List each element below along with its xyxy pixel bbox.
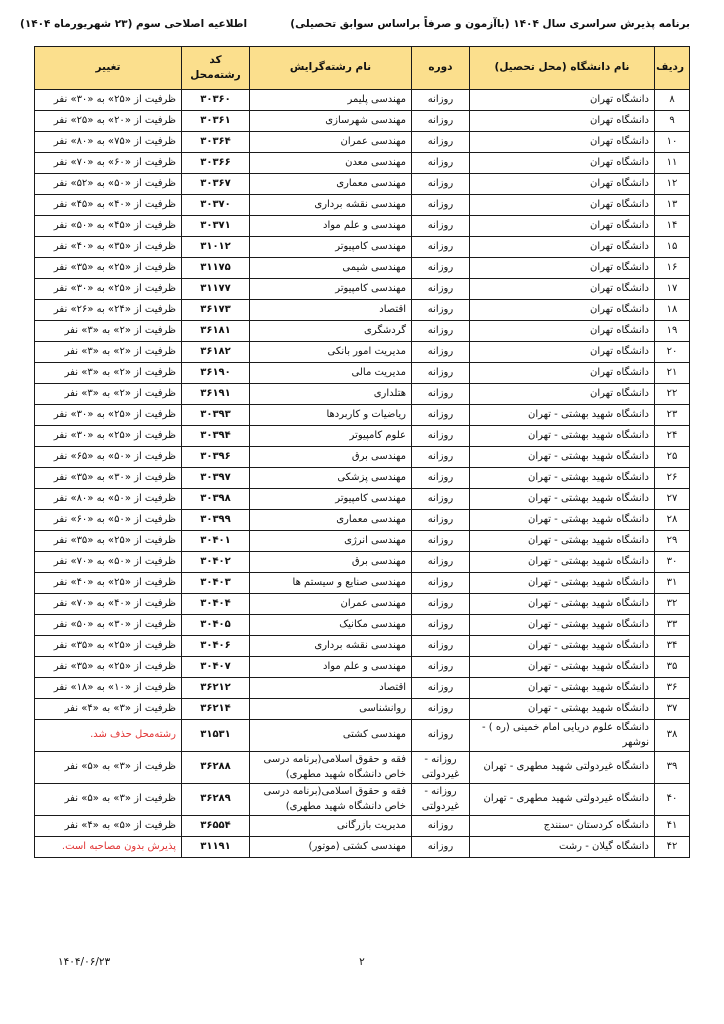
table-row: ۳۳ دانشگاه شهید بهشتی - تهران روزانه مهن… [35,615,690,636]
cell-field-name: فقه و حقوق اسلامی(برنامه درسی خاص دانشگا… [250,784,412,816]
cell-change: ظرفیت از «۵۰» به «۶۵» نفر [35,447,182,468]
table-row: ۲۷ دانشگاه شهید بهشتی - تهران روزانه مهن… [35,489,690,510]
cell-change: ظرفیت از «۲۵» به «۳۵» نفر [35,636,182,657]
table-row: ۱۸ دانشگاه تهران روزانه اقتصاد ۳۶۱۷۳ ظرف… [35,300,690,321]
table-row: ۳۲ دانشگاه شهید بهشتی - تهران روزانه مهن… [35,594,690,615]
cell-program-code: ۳۱۱۷۷ [182,279,250,300]
cell-university: دانشگاه تهران [470,90,655,111]
cell-change: ظرفیت از «۲» به «۳» نفر [35,363,182,384]
cell-field-name: مهندسی معدن [250,153,412,174]
cell-row-number: ۳۰ [655,552,690,573]
cell-field-name: مهندسی عمران [250,594,412,615]
cell-university: دانشگاه گیلان - رشت [470,837,655,858]
cell-row-number: ۱۳ [655,195,690,216]
cell-row-number: ۳۲ [655,594,690,615]
table-body: ۸ دانشگاه تهران روزانه مهندسی پلیمر ۳۰۳۶… [35,90,690,858]
cell-field-name: مهندسی کشتی [250,720,412,752]
cell-period: روزانه [412,405,470,426]
cell-university: دانشگاه شهید بهشتی - تهران [470,510,655,531]
cell-university: دانشگاه غیردولتی شهید مطهری - تهران [470,784,655,816]
cell-field-name: مهندسی شهرسازی [250,111,412,132]
table-row: ۲۵ دانشگاه شهید بهشتی - تهران روزانه مهن… [35,447,690,468]
cell-period: روزانه [412,342,470,363]
cell-field-name: مهندسی و علم مواد [250,657,412,678]
cell-period: روزانه [412,636,470,657]
table-row: ۲۹ دانشگاه شهید بهشتی - تهران روزانه مهن… [35,531,690,552]
cell-program-code: ۳۰۳۹۴ [182,426,250,447]
cell-university: دانشگاه شهید بهشتی - تهران [470,468,655,489]
cell-university: دانشگاه شهید بهشتی - تهران [470,615,655,636]
cell-program-code: ۳۶۱۸۲ [182,342,250,363]
cell-period: روزانه [412,489,470,510]
cell-field-name: مهندسی کشتی (موتور) [250,837,412,858]
table-row: ۱۶ دانشگاه تهران روزانه مهندسی شیمی ۳۱۱۷… [35,258,690,279]
cell-row-number: ۲۰ [655,342,690,363]
cell-row-number: ۳۵ [655,657,690,678]
cell-university: دانشگاه تهران [470,195,655,216]
cell-field-name: مهندسی کامپیوتر [250,237,412,258]
cell-change: ظرفیت از «۶۰» به «۷۰» نفر [35,153,182,174]
cell-field-name: هتلداری [250,384,412,405]
cell-university: دانشگاه شهید بهشتی - تهران [470,699,655,720]
doc-title: برنامه پذیرش سراسری سال ۱۴۰۴ (باآزمون و … [290,18,690,30]
cell-row-number: ۲۴ [655,426,690,447]
cell-period: روزانه [412,111,470,132]
cell-row-number: ۲۱ [655,363,690,384]
cell-field-name: مهندسی انرژی [250,531,412,552]
cell-period: روزانه [412,816,470,837]
cell-university: دانشگاه تهران [470,237,655,258]
cell-row-number: ۳۸ [655,720,690,752]
table-row: ۲۶ دانشگاه شهید بهشتی - تهران روزانه مهن… [35,468,690,489]
cell-period: روزانه [412,447,470,468]
cell-change: رشته‌محل حذف شد. [35,720,182,752]
table-row: ۱۴ دانشگاه تهران روزانه مهندسی و علم موا… [35,216,690,237]
cell-change: ظرفیت از «۷۵» به «۸۰» نفر [35,132,182,153]
table-row: ۲۸ دانشگاه شهید بهشتی - تهران روزانه مهن… [35,510,690,531]
table-row: ۲۴ دانشگاه شهید بهشتی - تهران روزانه علو… [35,426,690,447]
cell-row-number: ۳۱ [655,573,690,594]
cell-field-name: مهندسی نقشه برداری [250,195,412,216]
cell-university: دانشگاه شهید بهشتی - تهران [470,405,655,426]
table-row: ۱۵ دانشگاه تهران روزانه مهندسی کامپیوتر … [35,237,690,258]
cell-university: دانشگاه تهران [470,321,655,342]
table-row: ۳۷ دانشگاه شهید بهشتی - تهران روزانه روا… [35,699,690,720]
cell-row-number: ۲۷ [655,489,690,510]
cell-university: دانشگاه شهید بهشتی - تهران [470,552,655,573]
cell-period: روزانه [412,615,470,636]
cell-period: روزانه [412,573,470,594]
cell-row-number: ۱۰ [655,132,690,153]
cell-field-name: مهندسی پلیمر [250,90,412,111]
cell-change: ظرفیت از «۲۵» به «۳۰» نفر [35,426,182,447]
cell-row-number: ۱۲ [655,174,690,195]
cell-field-name: اقتصاد [250,678,412,699]
cell-program-code: ۳۰۴۰۳ [182,573,250,594]
table-row: ۱۷ دانشگاه تهران روزانه مهندسی کامپیوتر … [35,279,690,300]
table-row: ۱۱ دانشگاه تهران روزانه مهندسی معدن ۳۰۳۶… [35,153,690,174]
doc-subtitle-amendment: اطلاعیه اصلاحی سوم (۲۳ شهریورماه ۱۴۰۴) [20,18,247,30]
cell-period: روزانه [412,657,470,678]
cell-row-number: ۲۳ [655,405,690,426]
cell-row-number: ۲۲ [655,384,690,405]
cell-program-code: ۳۰۴۰۷ [182,657,250,678]
table-row: ۲۳ دانشگاه شهید بهشتی - تهران روزانه ریا… [35,405,690,426]
cell-field-name: مهندسی و علم مواد [250,216,412,237]
cell-program-code: ۳۰۳۹۳ [182,405,250,426]
cell-program-code: ۳۰۴۰۲ [182,552,250,573]
cell-university: دانشگاه تهران [470,132,655,153]
cell-field-name: مهندسی شیمی [250,258,412,279]
cell-field-name: مهندسی عمران [250,132,412,153]
cell-university: دانشگاه شهید بهشتی - تهران [470,573,655,594]
table-row: ۳۱ دانشگاه شهید بهشتی - تهران روزانه مهن… [35,573,690,594]
cell-program-code: ۳۰۳۶۴ [182,132,250,153]
cell-program-code: ۳۰۳۹۷ [182,468,250,489]
cell-program-code: ۳۰۳۹۸ [182,489,250,510]
cell-change: ظرفیت از «۱۰» به «۱۸» نفر [35,678,182,699]
cell-change: ظرفیت از «۲» به «۳» نفر [35,384,182,405]
cell-program-code: ۳۶۱۹۰ [182,363,250,384]
table-row: ۸ دانشگاه تهران روزانه مهندسی پلیمر ۳۰۳۶… [35,90,690,111]
cell-period: روزانه [412,363,470,384]
cell-row-number: ۱۴ [655,216,690,237]
cell-field-name: مهندسی برق [250,447,412,468]
cell-program-code: ۳۰۳۷۰ [182,195,250,216]
table-row: ۳۰ دانشگاه شهید بهشتی - تهران روزانه مهن… [35,552,690,573]
cell-change: ظرفیت از «۲» به «۳» نفر [35,342,182,363]
cell-period: روزانه [412,720,470,752]
cell-university: دانشگاه تهران [470,363,655,384]
cell-field-name: مهندسی پزشکی [250,468,412,489]
cell-field-name: اقتصاد [250,300,412,321]
cell-row-number: ۳۷ [655,699,690,720]
cell-program-code: ۳۶۵۵۴ [182,816,250,837]
cell-university: دانشگاه تهران [470,111,655,132]
cell-university: دانشگاه شهید بهشتی - تهران [470,531,655,552]
cell-program-code: ۳۰۳۶۱ [182,111,250,132]
table-row: ۱۹ دانشگاه تهران روزانه گردشگری ۳۶۱۸۱ ظر… [35,321,690,342]
cell-university: دانشگاه تهران [470,174,655,195]
cell-change: ظرفیت از «۳۰» به «۵۰» نفر [35,615,182,636]
cell-program-code: ۳۶۱۸۱ [182,321,250,342]
cell-change: ظرفیت از «۲۵» به «۳۵» نفر [35,258,182,279]
cell-program-code: ۳۰۴۰۶ [182,636,250,657]
cell-row-number: ۸ [655,90,690,111]
cell-period: روزانه [412,300,470,321]
cell-row-number: ۱۶ [655,258,690,279]
cell-change: ظرفیت از «۵۰» به «۶۰» نفر [35,510,182,531]
cell-university: دانشگاه تهران [470,258,655,279]
cell-change: ظرفیت از «۲۵» به «۳۰» نفر [35,405,182,426]
cell-university: دانشگاه شهید بهشتی - تهران [470,678,655,699]
cell-change: ظرفیت از «۴۰» به «۴۵» نفر [35,195,182,216]
cell-program-code: ۳۰۳۹۶ [182,447,250,468]
cell-period: روزانه [412,837,470,858]
cell-university: دانشگاه تهران [470,153,655,174]
cell-row-number: ۲۸ [655,510,690,531]
cell-university: دانشگاه شهید بهشتی - تهران [470,636,655,657]
cell-field-name: مدیریت بازرگانی [250,816,412,837]
cell-period: روزانه [412,678,470,699]
cell-period: روزانه [412,279,470,300]
cell-change: ظرفیت از «۲۵» به «۳۵» نفر [35,531,182,552]
cell-university: دانشگاه کردستان -سنندج [470,816,655,837]
document-header: برنامه پذیرش سراسری سال ۱۴۰۴ (باآزمون و … [20,18,690,30]
column-header-period: دوره [412,47,470,90]
cell-period: روزانه [412,699,470,720]
cell-field-name: مهندسی مکانیک [250,615,412,636]
cell-period: روزانه [412,426,470,447]
cell-change: ظرفیت از «۲۴» به «۲۶» نفر [35,300,182,321]
table-row: ۱۰ دانشگاه تهران روزانه مهندسی عمران ۳۰۳… [35,132,690,153]
table-row: ۲۱ دانشگاه تهران روزانه مدیریت مالی ۳۶۱۹… [35,363,690,384]
cell-program-code: ۳۶۱۹۱ [182,384,250,405]
cell-period: روزانه [412,531,470,552]
cell-program-code: ۳۰۳۹۹ [182,510,250,531]
table-row: ۲۰ دانشگاه تهران روزانه مدیریت امور بانک… [35,342,690,363]
cell-field-name: مهندسی برق [250,552,412,573]
cell-change: ظرفیت از «۳» به «۵» نفر [35,752,182,784]
table-row: ۳۶ دانشگاه شهید بهشتی - تهران روزانه اقت… [35,678,690,699]
table-row: ۴۰ دانشگاه غیردولتی شهید مطهری - تهران ر… [35,784,690,816]
cell-university: دانشگاه تهران [470,279,655,300]
cell-change: ظرفیت از «۲۵» به «۴۰» نفر [35,573,182,594]
admission-changes-table: ردیف نام دانشگاه (محل تحصیل) دوره نام رش… [34,46,690,858]
cell-field-name: ریاضیات و کاربردها [250,405,412,426]
cell-program-code: ۳۰۴۰۴ [182,594,250,615]
cell-change: ظرفیت از «۵۰» به «۵۲» نفر [35,174,182,195]
cell-row-number: ۳۹ [655,752,690,784]
cell-field-name: روانشناسی [250,699,412,720]
cell-university: دانشگاه تهران [470,300,655,321]
footer-page-number: ۲ [34,956,690,968]
cell-period: روزانه [412,321,470,342]
cell-program-code: ۳۶۲۱۲ [182,678,250,699]
cell-university: دانشگاه علوم دریایی امام خمینی (ره ) - ن… [470,720,655,752]
cell-program-code: ۳۰۳۶۶ [182,153,250,174]
cell-field-name: مهندسی کامپیوتر [250,489,412,510]
cell-row-number: ۲۶ [655,468,690,489]
cell-change: ظرفیت از «۲۰» به «۲۵» نفر [35,111,182,132]
cell-period: روزانه [412,174,470,195]
cell-program-code: ۳۱۱۷۵ [182,258,250,279]
cell-change: ظرفیت از «۵۰» به «۷۰» نفر [35,552,182,573]
cell-university: دانشگاه شهید بهشتی - تهران [470,489,655,510]
table-row: ۳۴ دانشگاه شهید بهشتی - تهران روزانه مهن… [35,636,690,657]
cell-row-number: ۱۱ [655,153,690,174]
cell-program-code: ۳۰۳۶۰ [182,90,250,111]
cell-change: ظرفیت از «۳۵» به «۴۰» نفر [35,237,182,258]
cell-row-number: ۲۵ [655,447,690,468]
cell-row-number: ۹ [655,111,690,132]
cell-field-name: مهندسی کامپیوتر [250,279,412,300]
cell-period: روزانه [412,153,470,174]
cell-period: روزانه [412,384,470,405]
cell-period: روزانه - غیردولتی [412,752,470,784]
cell-program-code: ۳۱۱۹۱ [182,837,250,858]
cell-change: ظرفیت از «۴۵» به «۵۰» نفر [35,216,182,237]
cell-field-name: مهندسی صنایع و سیستم ها [250,573,412,594]
table-header-row: ردیف نام دانشگاه (محل تحصیل) دوره نام رش… [35,47,690,90]
cell-field-name: مهندسی نقشه برداری [250,636,412,657]
cell-program-code: ۳۰۴۰۵ [182,615,250,636]
document-footer: ۲ ۱۴۰۴/۰۶/۲۳ [34,956,690,976]
cell-change: ظرفیت از «۳» به «۵» نفر [35,784,182,816]
cell-program-code: ۳۶۲۸۹ [182,784,250,816]
table-row: ۴۱ دانشگاه کردستان -سنندج روزانه مدیریت … [35,816,690,837]
cell-university: دانشگاه شهید بهشتی - تهران [470,426,655,447]
cell-program-code: ۳۰۳۶۷ [182,174,250,195]
column-header-row-number: ردیف [655,47,690,90]
cell-university: دانشگاه غیردولتی شهید مطهری - تهران [470,752,655,784]
cell-university: دانشگاه شهید بهشتی - تهران [470,594,655,615]
cell-university: دانشگاه تهران [470,384,655,405]
cell-period: روزانه [412,510,470,531]
table-row: ۴۲ دانشگاه گیلان - رشت روزانه مهندسی کشت… [35,837,690,858]
cell-period: روزانه [412,258,470,279]
column-header-program-code: کد رشته‌محل [182,47,250,90]
cell-program-code: ۳۰۴۰۱ [182,531,250,552]
cell-period: روزانه [412,468,470,489]
table-row: ۲۲ دانشگاه تهران روزانه هتلداری ۳۶۱۹۱ ظر… [35,384,690,405]
table-row: ۳۹ دانشگاه غیردولتی شهید مطهری - تهران ر… [35,752,690,784]
cell-period: روزانه [412,552,470,573]
column-header-change: تغییر [35,47,182,90]
cell-program-code: ۳۱۰۱۲ [182,237,250,258]
cell-period: روزانه [412,90,470,111]
cell-program-code: ۳۶۲۸۸ [182,752,250,784]
cell-row-number: ۴۲ [655,837,690,858]
cell-period: روزانه [412,216,470,237]
cell-program-code: ۳۰۳۷۱ [182,216,250,237]
cell-change: ظرفیت از «۵۰» به «۸۰» نفر [35,489,182,510]
cell-row-number: ۳۴ [655,636,690,657]
cell-row-number: ۱۵ [655,237,690,258]
table-row: ۹ دانشگاه تهران روزانه مهندسی شهرسازی ۳۰… [35,111,690,132]
cell-change: ظرفیت از «۳۰» به «۳۵» نفر [35,468,182,489]
column-header-field-name: نام رشته‌گرایش [250,47,412,90]
cell-change: ظرفیت از «۲۵» به «۳۰» نفر [35,90,182,111]
cell-university: دانشگاه شهید بهشتی - تهران [470,447,655,468]
cell-row-number: ۱۸ [655,300,690,321]
cell-period: روزانه [412,594,470,615]
footer-date: ۱۴۰۴/۰۶/۲۳ [58,956,110,968]
cell-row-number: ۳۶ [655,678,690,699]
cell-period: روزانه [412,237,470,258]
cell-field-name: مدیریت امور بانکی [250,342,412,363]
table-row: ۳۵ دانشگاه شهید بهشتی - تهران روزانه مهن… [35,657,690,678]
table-row: ۱۳ دانشگاه تهران روزانه مهندسی نقشه بردا… [35,195,690,216]
cell-field-name: مدیریت مالی [250,363,412,384]
cell-change: ظرفیت از «۳» به «۴» نفر [35,699,182,720]
cell-field-name: مهندسی معماری [250,510,412,531]
cell-period: روزانه - غیردولتی [412,784,470,816]
cell-program-code: ۳۱۵۳۱ [182,720,250,752]
cell-row-number: ۲۹ [655,531,690,552]
table-row: ۱۲ دانشگاه تهران روزانه مهندسی معماری ۳۰… [35,174,690,195]
cell-field-name: گردشگری [250,321,412,342]
cell-change: ظرفیت از «۲۵» به «۳۰» نفر [35,279,182,300]
cell-university: دانشگاه شهید بهشتی - تهران [470,657,655,678]
cell-row-number: ۴۰ [655,784,690,816]
table-row: ۳۸ دانشگاه علوم دریایی امام خمینی (ره ) … [35,720,690,752]
cell-row-number: ۱۹ [655,321,690,342]
column-header-university: نام دانشگاه (محل تحصیل) [470,47,655,90]
cell-row-number: ۴۱ [655,816,690,837]
cell-university: دانشگاه تهران [470,342,655,363]
cell-period: روزانه [412,132,470,153]
cell-field-name: علوم کامپیوتر [250,426,412,447]
cell-change: ظرفیت از «۵» به «۴» نفر [35,816,182,837]
cell-period: روزانه [412,195,470,216]
cell-field-name: مهندسی معماری [250,174,412,195]
cell-row-number: ۳۳ [655,615,690,636]
cell-program-code: ۳۶۱۷۳ [182,300,250,321]
document-page: برنامه پذیرش سراسری سال ۱۴۰۴ (باآزمون و … [0,0,724,1024]
cell-field-name: فقه و حقوق اسلامی(برنامه درسی خاص دانشگا… [250,752,412,784]
cell-change: ظرفیت از «۲۵» به «۳۵» نفر [35,657,182,678]
cell-row-number: ۱۷ [655,279,690,300]
cell-change: پذیرش بدون مصاحبه است. [35,837,182,858]
cell-change: ظرفیت از «۲» به «۳» نفر [35,321,182,342]
cell-change: ظرفیت از «۴۰» به «۷۰» نفر [35,594,182,615]
cell-university: دانشگاه تهران [470,216,655,237]
cell-program-code: ۳۶۲۱۴ [182,699,250,720]
